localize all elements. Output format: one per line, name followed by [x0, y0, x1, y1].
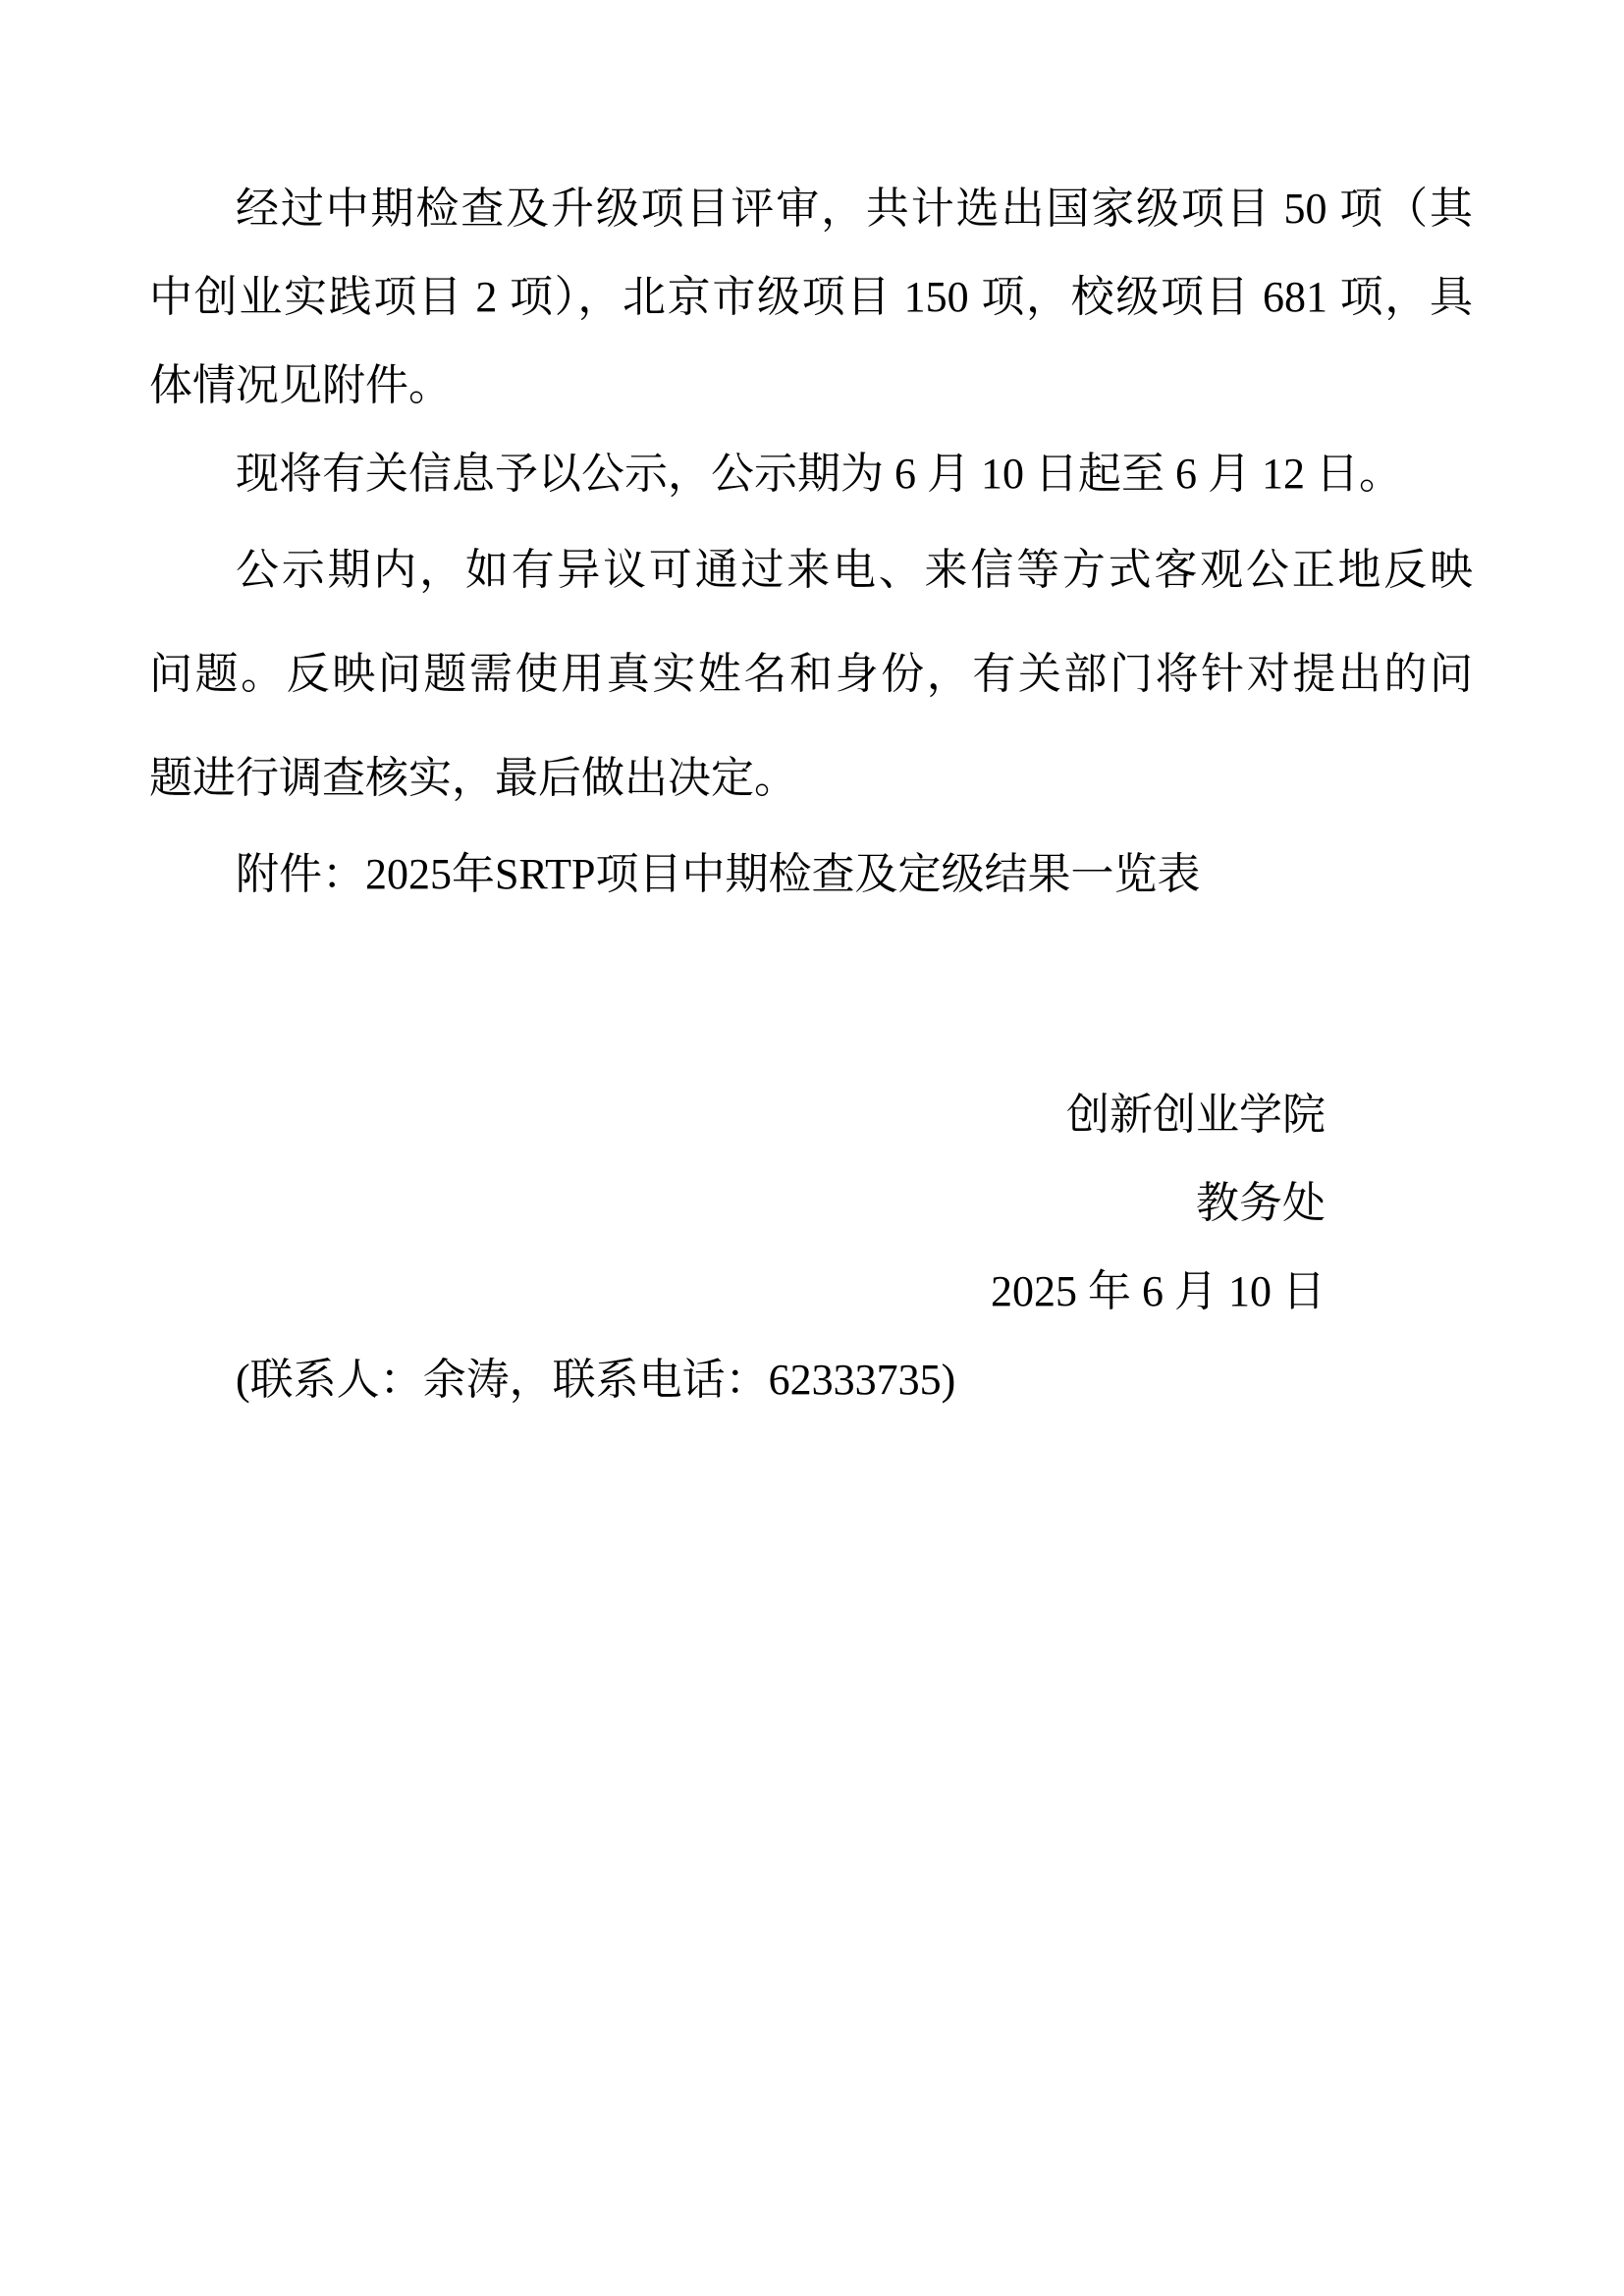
- body-paragraph-3-line-1: 公示期内，如有异议可通过来电、来信等方式客观公正地反映: [149, 518, 1473, 622]
- body-paragraph-1-line-2: 中创业实践项目 2 项），北京市级项目 150 项，校级项目 681 项，具: [149, 253, 1473, 342]
- signature-block: 创新创业学院 教务处 2025 年 6 月 10 日: [149, 1071, 1473, 1336]
- body-paragraph-1-line-1: 经过中期检查及升级项目评审，共计选出国家级项目 50 项（其: [149, 165, 1473, 253]
- body-paragraph-3-line-3: 题进行调查核实，最后做出决定。: [149, 726, 1473, 830]
- attachment-line: 附件：2025年SRTP项目中期检查及定级结果一览表: [149, 830, 1473, 919]
- document-page: 经过中期检查及升级项目评审，共计选出国家级项目 50 项（其 中创业实践项目 2…: [0, 0, 1624, 2296]
- contact-info-line: (联系人：余涛，联系电话：62333735): [149, 1336, 1473, 1424]
- body-paragraph-1-line-3: 体情况见附件。: [149, 342, 1473, 430]
- signature-department-2: 教务处: [149, 1159, 1326, 1248]
- body-paragraph-2-line-1: 现将有关信息予以公示，公示期为 6 月 10 日起至 6 月 12 日。: [149, 430, 1473, 518]
- signature-department-1: 创新创业学院: [149, 1071, 1326, 1159]
- body-paragraph-3-line-2: 问题。反映问题需使用真实姓名和身份，有关部门将针对提出的问: [149, 622, 1473, 726]
- signature-date: 2025 年 6 月 10 日: [149, 1248, 1326, 1336]
